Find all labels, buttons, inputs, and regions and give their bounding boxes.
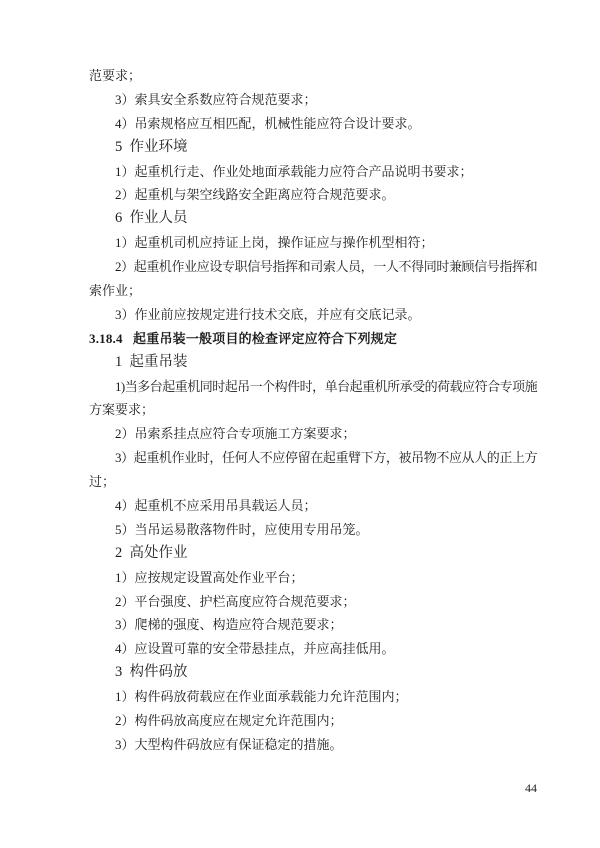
- clause-heading: 3.18.4 起重吊装一般项目的检查评定应符合下列规定: [89, 327, 537, 351]
- text-line: 3）起重机作业时，任何人不应停留在起重臂下方，被吊物不应从人的正上方通: [89, 446, 537, 470]
- subsection-title: 3 构件码放: [89, 661, 537, 685]
- text-line: 2）构件码放高度应在规定允许范围内；: [89, 709, 537, 733]
- text-line: 范要求；: [89, 64, 537, 88]
- text-line: 过；: [89, 470, 537, 494]
- text-line: 1）应按规定设置高处作业平台；: [89, 566, 537, 590]
- document-body: 范要求；3）索具安全系数应符合规范要求；4）吊索规格应互相匹配，机械性能应符合设…: [89, 64, 537, 757]
- subsection-title: 2 高处作业: [89, 542, 537, 566]
- subsection-title: 5 作业环境: [89, 136, 537, 160]
- text-line: 2）起重机作业应设专职信号指挥和司索人员，一人不得同时兼顾信号指挥和司: [89, 255, 537, 279]
- subsection-title: 6 作业人员: [89, 207, 537, 231]
- document-page: 范要求；3）索具安全系数应符合规范要求；4）吊索规格应互相匹配，机械性能应符合设…: [0, 0, 600, 848]
- text-line: 4）吊索规格应互相匹配，机械性能应符合设计要求。: [89, 112, 537, 136]
- text-line: 3）大型构件码放应有保证稳定的措施。: [89, 733, 537, 757]
- text-line: 3）爬梯的强度、构造应符合规范要求；: [89, 613, 537, 637]
- text-line: 1）构件码放荷载应在作业面承载能力允许范围内；: [89, 685, 537, 709]
- text-line: 2）吊索系挂点应符合专项施工方案要求；: [89, 422, 537, 446]
- text-line: 4）起重机不应采用吊具载运人员；: [89, 494, 537, 518]
- text-line: 3）索具安全系数应符合规范要求；: [89, 88, 537, 112]
- text-line: 4）应设置可靠的安全带悬挂点，并应高挂低用。: [89, 637, 537, 661]
- text-line: 1）起重机行走、作业处地面承载能力应符合产品说明书要求；: [89, 160, 537, 184]
- page-number: 44: [89, 781, 537, 796]
- text-line: 2）起重机与架空线路安全距离应符合规范要求。: [89, 183, 537, 207]
- text-line: 3）作业前应按规定进行技术交底，并应有交底记录。: [89, 303, 537, 327]
- text-line: 方案要求；: [89, 398, 537, 422]
- text-line: 1)当多台起重机同时起吊一个构件时，单台起重机所承受的荷载应符合专项施工: [89, 375, 537, 399]
- text-line: 2）平台强度、护栏高度应符合规范要求；: [89, 590, 537, 614]
- text-line: 索作业；: [89, 279, 537, 303]
- text-line: 5）当吊运易散落物件时，应使用专用吊笼。: [89, 518, 537, 542]
- subsection-title: 1 起重吊装: [89, 351, 537, 375]
- text-line: 1）起重机司机应持证上岗，操作证应与操作机型相符；: [89, 231, 537, 255]
